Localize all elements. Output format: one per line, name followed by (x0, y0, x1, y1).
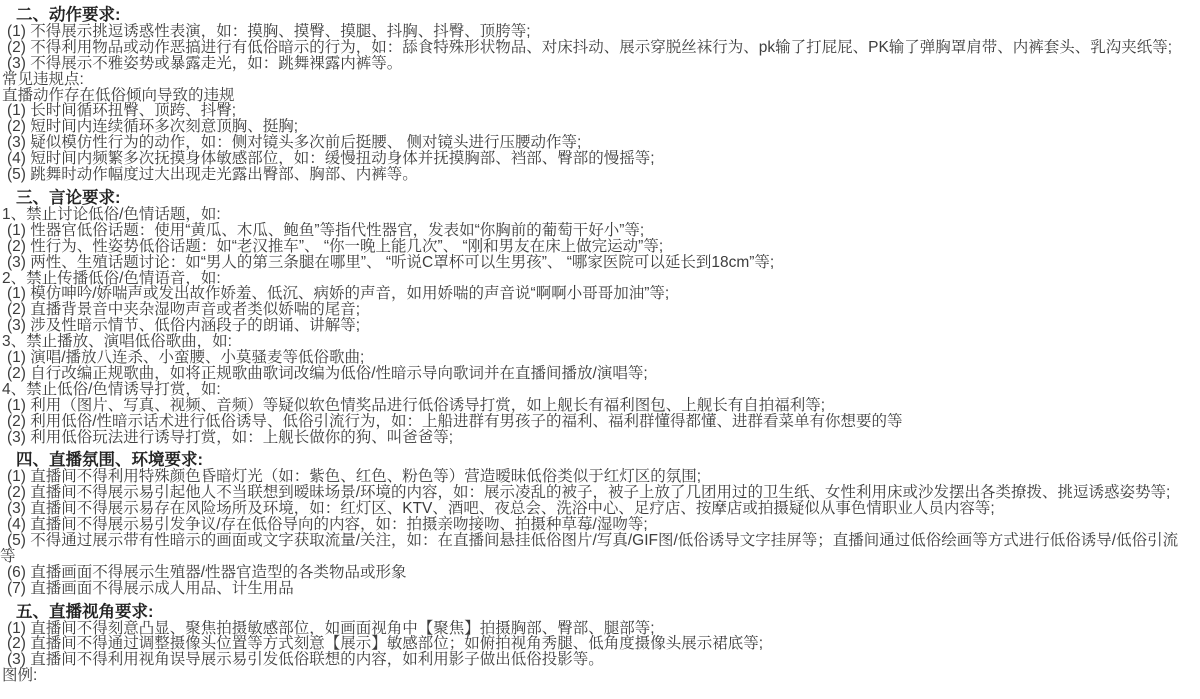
rule-item: (2) 短时间内连续循环多次刻意顶胸、挺胸; (0, 119, 1184, 135)
rule-item: (1) 直播间不得利用特殊颜色昏暗灯光（如：紫色、红色、粉色等）营造暧昧低俗类似… (0, 469, 1184, 485)
sub-heading: 1、禁止讨论低俗/色情话题，如: (0, 207, 1184, 223)
rule-item: (1) 长时间循环扭臀、顶跨、抖臀; (0, 103, 1184, 119)
rule-item: (4) 直播间不得展示易引发争议/存在低俗导向的内容，如：拍摄亲吻接吻、拍摄种草… (0, 517, 1184, 533)
rule-item: (1) 不得展示挑逗诱惑性表演，如：摸胸、摸臀、摸腿、抖胸、抖臀、顶胯等; (0, 24, 1184, 40)
rule-item: (1) 演唱/播放八连杀、小蛮腰、小莫骚麦等低俗歌曲; (0, 350, 1184, 366)
sub-heading: 4、禁止低俗/色情诱导打赏，如: (0, 382, 1184, 398)
rule-item: (1) 模仿呻吟/娇喘声或发出故作娇羞、低沉、病娇的声音，如用娇喘的声音说“啊啊… (0, 286, 1184, 302)
rule-item: (5) 不得通过展示带有性暗示的画面或文字获取流量/关注，如：在直播间悬挂低俗图… (0, 533, 1184, 565)
sub-heading: 图例: (0, 668, 1184, 684)
rule-item: (5) 跳舞时动作幅度过大出现走光露出臀部、胸部、内裤等。 (0, 167, 1184, 183)
rule-item: (2) 直播背景音中夹杂湿吻声音或者类似娇喘的尾音; (0, 302, 1184, 318)
rule-item: (3) 直播间不得展示易存在风险场所及环境，如：红灯区、KTV、酒吧、夜总会、洗… (0, 501, 1184, 517)
rule-item: (1) 性器官低俗话题：使用“黄瓜、木瓜、鲍鱼”等指代性器官，发表如“你胸前的葡… (0, 223, 1184, 239)
rule-item: (3) 直播间不得利用视角误导展示易引发低俗联想的内容，如利用影子做出低俗投影等… (0, 652, 1184, 668)
section-heading: 二、动作要求: (0, 8, 1184, 24)
rule-item: (3) 利用低俗玩法进行诱导打赏，如：上舰长做你的狗、叫爸爸等; (0, 430, 1184, 446)
rule-item: (2) 不得利用物品或动作恶搞进行有低俗暗示的行为，如：舔食特殊形状物品、对床抖… (0, 40, 1184, 56)
document-body: 二、动作要求:(1) 不得展示挑逗诱惑性表演，如：摸胸、摸臀、摸腿、抖胸、抖臀、… (0, 0, 1200, 684)
rule-item: (3) 不得展示不雅姿势或暴露走光，如：跳舞裸露内裤等。 (0, 56, 1184, 72)
rule-item: (2) 自行改编正规歌曲，如将正规歌曲歌词改编为低俗/性暗示导向歌词并在直播间播… (0, 366, 1184, 382)
rule-item: (3) 两性、生殖话题讨论：如“男人的第三条腿在哪里”、 “听说C罩杯可以生男孩… (0, 255, 1184, 271)
rule-item: (2) 性行为、性姿势低俗话题：如“老汉推车”、 “你一晚上能几次”、 “刚和男… (0, 239, 1184, 255)
rule-item: (4) 短时间内频繁多次抚摸身体敏感部位，如：缓慢扭动身体并抚摸胸部、裆部、臀部… (0, 151, 1184, 167)
rule-item: (2) 利用低俗/性暗示话术进行低俗诱导、低俗引流行为，如：上船进群有男孩子的福… (0, 414, 1184, 430)
section-heading: 四、直播氛围、环境要求: (0, 453, 1184, 469)
section-heading: 五、直播视角要求: (0, 605, 1184, 621)
rule-item: (2) 直播间不得通过调整摄像头位置等方式刻意【展示】敏感部位；如俯拍视角秀腿、… (0, 636, 1184, 652)
rule-item: (3) 疑似模仿性行为的动作，如：侧对镜头多次前后挺腰、 侧对镜头进行压腰动作等… (0, 135, 1184, 151)
rule-item: (2) 直播间不得展示易引起他人不当联想到暧昧场景/环境的内容，如：展示凌乱的被… (0, 485, 1184, 501)
sub-heading: 3、禁止播放、演唱低俗歌曲，如: (0, 334, 1184, 350)
rule-item: (1) 利用（图片、写真、视频、音频）等疑似软色情奖品进行低俗诱导打赏，如上舰长… (0, 398, 1184, 414)
rule-item: (6) 直播画面不得展示生殖器/性器官造型的各类物品或形象 (0, 565, 1184, 581)
rule-item: (3) 涉及性暗示情节、低俗内涵段子的朗诵、讲解等; (0, 318, 1184, 334)
section-heading: 三、言论要求: (0, 191, 1184, 207)
sub-heading: 常见违规点: (0, 72, 1184, 88)
rule-item: (7) 直播画面不得展示成人用品、计生用品 (0, 581, 1184, 597)
